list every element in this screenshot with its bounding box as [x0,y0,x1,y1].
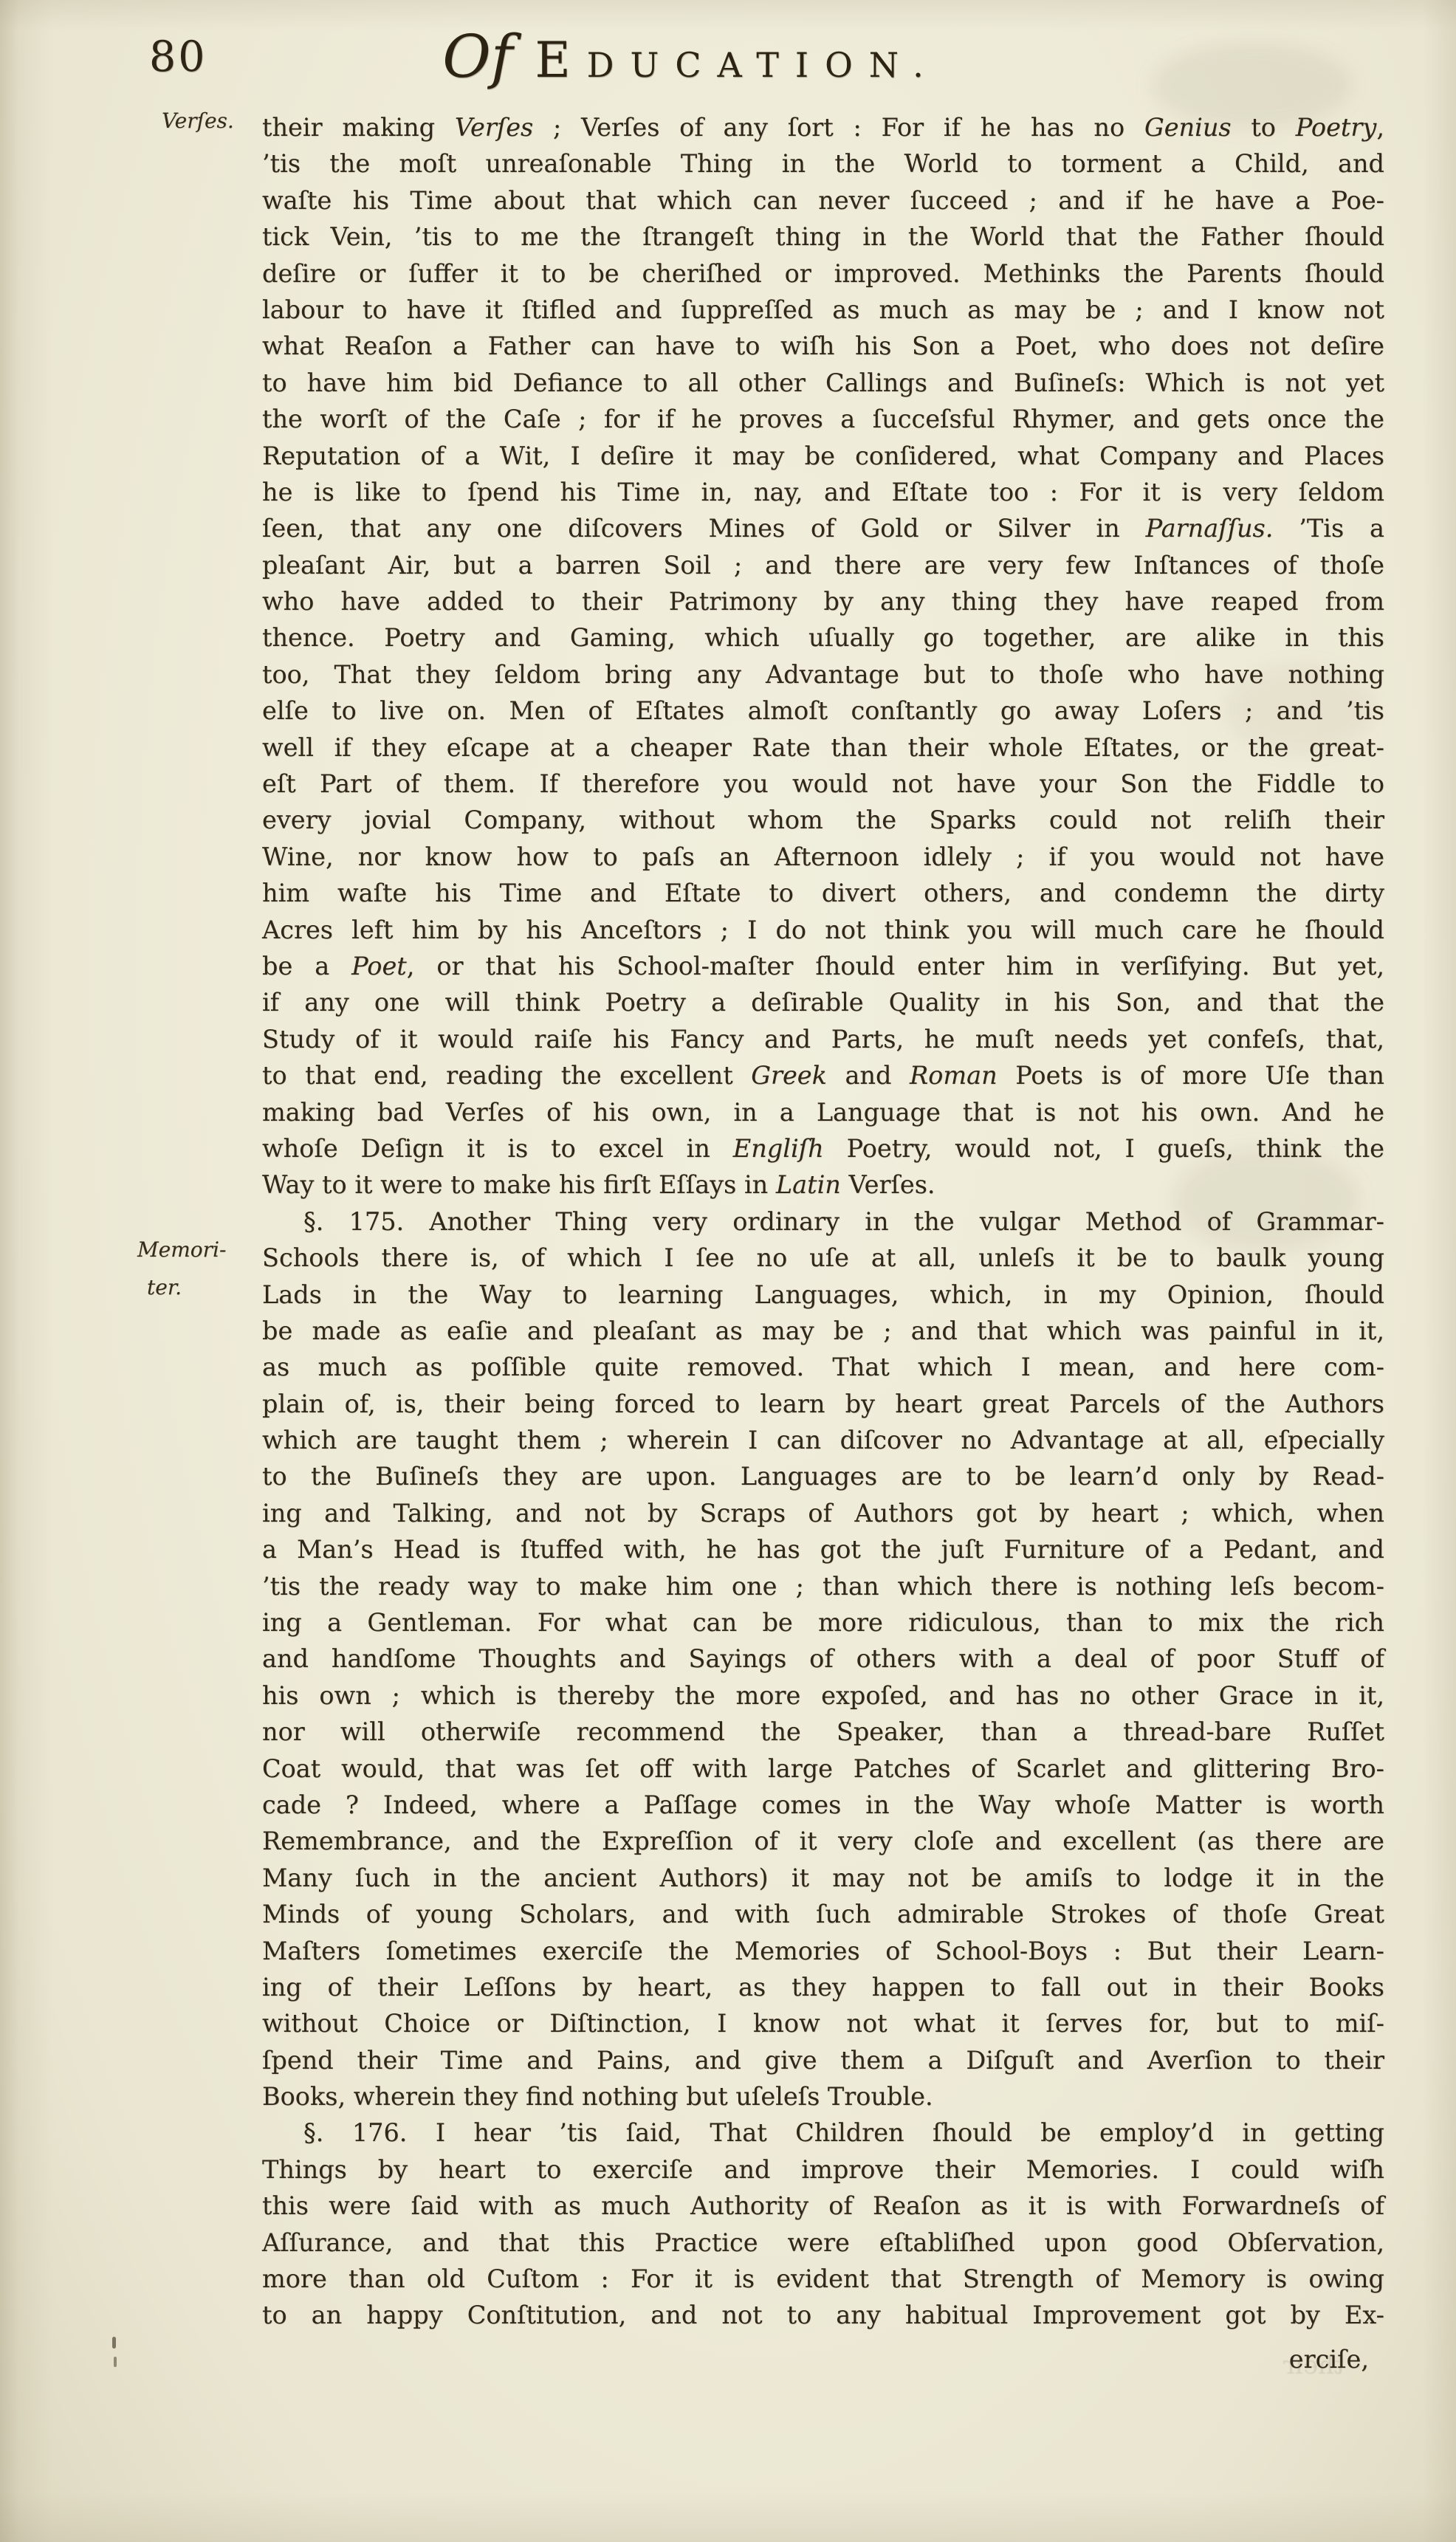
text-line: Maſters ſometimes exerciſe the Memories … [262,1933,1384,1969]
italic-word: Roman [910,1061,997,1090]
text-line: Study of it would raiſe his Fancy and Pa… [262,1021,1384,1057]
text-line: him waſte his Time and Eſtate to divert … [262,875,1384,911]
running-title-of: Of [442,22,512,91]
text-line: the worſt of the Caſe ; for if he proves… [262,401,1384,437]
text-line: ing a Gentleman. For what can be more ri… [262,1604,1384,1641]
text-block: their making Verſes ; Verſes of any ſort… [262,109,1384,2334]
text-line: plain of, is, their being forced to lear… [262,1386,1384,1422]
text-line: Remembrance, and the Expreſſion of it ve… [262,1823,1384,1859]
text-line: making bad Verſes of his own, in a Langu… [262,1094,1384,1130]
text-line: ing and Talking, and not by Scraps of Au… [262,1495,1384,1531]
text-line: to an happy Conſtitution, and not to any… [262,2297,1384,2333]
text-line: Things by heart to exerciſe and improve … [262,2151,1384,2188]
text-line: whoſe Deſign it is to excel in Engliſh P… [262,1130,1384,1167]
text-line: thence. Poetry and Gaming, which uſually… [262,619,1384,656]
margin-note: Memori- [137,1237,226,1262]
text-line: too, That they ſeldom bring any Advantag… [262,656,1384,693]
text-line: ’tis the ready way to make him one ; tha… [262,1568,1384,1604]
text-line: which are taught them ; wherein I can di… [262,1422,1384,1458]
text-line: Reputation of a Wit, I deſire it may be … [262,438,1384,474]
book-page-scan: 80 OfEDUCATION. their making Verſes ; Ve… [0,0,1456,2542]
text-line: their making Verſes ; Verſes of any ſort… [262,109,1384,145]
italic-word: Poetry [1296,113,1377,142]
text-line: eſt Part of them. If therefore you would… [262,766,1384,802]
running-title: OfEDUCATION. [44,22,1338,91]
italic-word: Engliſh [733,1134,824,1163]
italic-word: Genius [1144,113,1232,142]
text-line: nor will otherwiſe recommend the Speaker… [262,1714,1384,1750]
text-line: Coat would, that was ſet off with large … [262,1751,1384,1787]
italic-word: Parnaſſus. [1146,514,1274,543]
italic-word: Verſes [455,113,533,142]
text-line: as much as poſſible quite removed. That … [262,1349,1384,1385]
text-line: waſte his Time about that which can neve… [262,182,1384,219]
text-line: he is like to ſpend his Time in, nay, an… [262,474,1384,510]
text-line: labour to have it ſtifled and ſuppreſſed… [262,292,1384,328]
italic-word: Greek [751,1061,827,1090]
text-line: cade ? Indeed, where a Paſſage comes in … [262,1787,1384,1823]
text-line: tick Vein, ’tis to me the ſtrangeſt thin… [262,219,1384,255]
text-line: ’tis the moſt unreaſonable Thing in the … [262,145,1384,182]
margin-note: ter. [147,1275,182,1299]
text-line: more than old Cuſtom : For it is evident… [262,2261,1384,2297]
text-line: every jovial Company, without whom the S… [262,802,1384,838]
text-line: §. 176. I hear ’tis ſaid, That Children … [262,2115,1384,2151]
text-line: ſeen, that any one diſcovers Mines of Go… [262,510,1384,546]
text-line: be a Poet, or that his School-maſter ſho… [262,948,1384,984]
text-line: §. 175. Another Thing very ordinary in t… [262,1203,1384,1240]
text-line: Way to it were to make his firſt Eſſays … [262,1167,1384,1203]
text-line: be made as eaſie and pleaſant as may be … [262,1313,1384,1349]
showthrough-ghost-text: their [1283,2351,1345,2380]
text-line: a Man’s Head is ſtuffed with, he has got… [262,1531,1384,1567]
text-line: Many ſuch in the ancient Authors) it may… [262,1860,1384,1896]
text-line: what Reaſon a Father can have to wiſh hi… [262,328,1384,364]
text-line: Lads in the Way to learning Languages, w… [262,1277,1384,1313]
text-line: ſpend their Time and Pains, and give the… [262,2042,1384,2078]
text-line: to the Buſineſs they are upon. Languages… [262,1458,1384,1494]
text-line: if any one will think Poetry a deſirable… [262,984,1384,1020]
text-line: deſire or ſuffer it to be cheriſhed or i… [262,255,1384,292]
text-line: well if they eſcape at a cheaper Rate th… [262,729,1384,766]
text-line: Acres left him by his Anceſtors ; I do n… [262,912,1384,948]
text-line: his own ; which is thereby the more expo… [262,1677,1384,1714]
italic-word: Poet [351,952,407,980]
text-line: ing of their Leſſons by heart, as they h… [262,1969,1384,2005]
margin-note: Verſes. [162,109,234,133]
text-line: Wine, nor know how to paſs an Afternoon … [262,839,1384,875]
text-line: Books, wherein they find nothing but uſe… [262,2078,1384,2115]
ink-mark [112,2337,116,2349]
text-line: elſe to live on. Men of Eſtates almoſt c… [262,693,1384,729]
text-line: to that end, reading the excellent Greek… [262,1057,1384,1093]
running-title-education: EDUCATION. [535,32,939,89]
text-line: this were ſaid with as much Authority of… [262,2188,1384,2224]
text-line: to have him bid Defiance to all other Ca… [262,365,1384,401]
text-line: Schools there is, of which I ſee no uſe … [262,1240,1384,1276]
italic-word: Latin [776,1170,841,1199]
text-line: pleaſant Air, but a barren Soil ; and th… [262,547,1384,583]
text-line: who have added to their Patrimony by any… [262,583,1384,619]
text-line: and handſome Thoughts and Sayings of oth… [262,1641,1384,1677]
text-line: Aſſurance, and that this Practice were e… [262,2225,1384,2261]
text-line: Minds of young Scholars, and with ſuch a… [262,1896,1384,1932]
text-line: without Choice or Diſtinction, I know no… [262,2005,1384,2041]
